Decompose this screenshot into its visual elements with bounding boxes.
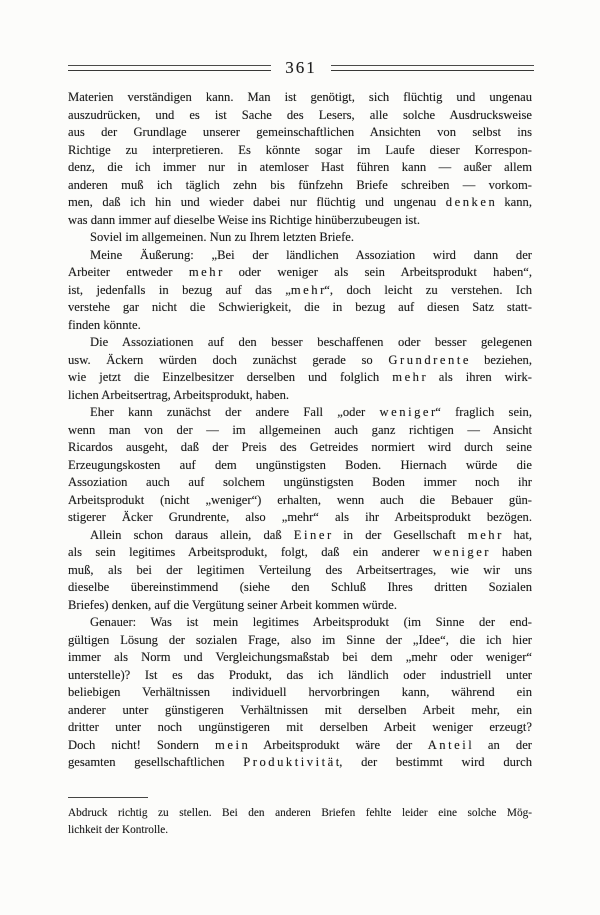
text-line: Die Assoziationen auf den besser beschaf… [68, 334, 532, 352]
text-line: Allein schon daraus allein, daß E i n e … [68, 527, 532, 545]
text-line: auszudrücken, und es ist Sache des Leser… [68, 107, 532, 125]
text-line: Meine Äußerung: „Bei der ländlichen Asso… [68, 247, 532, 265]
text-line: gesamten gesellschaftlichen P r o d u k … [68, 754, 532, 772]
text-line: Genauer: Was ist mein legitimes Arbeitsp… [68, 614, 532, 632]
text-line: als sein legitimes Arbeitsprodukt, folgt… [68, 544, 532, 562]
text-line: stigerer Äcker Grundrente, also „mehr“ a… [68, 509, 532, 527]
paragraph: Materien verständigen kann. Man ist genö… [68, 89, 532, 229]
footnote-separator [68, 797, 148, 798]
text-line: ist, jedenfalls in bezug auf das „m e h … [68, 282, 532, 300]
text-line: finden könnte. [68, 317, 532, 335]
paragraph: Meine Äußerung: „Bei der ländlichen Asso… [68, 247, 532, 335]
text-line: unterstelle)? Ist es das Produkt, das ic… [68, 667, 532, 685]
text-line: Assoziation auch auf solchem ungünstigst… [68, 474, 532, 492]
book-page: 361 Materien verständigen kann. Man ist … [0, 0, 600, 915]
text-line: Richtige zu interpretieren. Es könnte so… [68, 142, 532, 160]
text-line: Doch nicht! Sondern m e i n Arbeitsprodu… [68, 737, 532, 755]
text-line: Abdruck richtig zu stellen. Bei den ande… [68, 805, 532, 822]
text-line: dritter unter noch ungünstigeren mit der… [68, 719, 532, 737]
text-line: muß, als bei der legitimen Verteilung de… [68, 562, 532, 580]
text-line: Arbeitsprodukt (nicht „weniger“) erhalte… [68, 492, 532, 510]
text-line: gültigen Lösung der sozialen Frage, also… [68, 632, 532, 650]
text-line: denz, die ich immer nur in atemloser Has… [68, 159, 532, 177]
text-line: Ricardos ausgeht, daß der Preis des Getr… [68, 439, 532, 457]
text-line: lichkeit der Kontrolle. [68, 822, 532, 839]
text-line: immer als Norm und Vergleichungsmaßstab … [68, 649, 532, 667]
text-line: Arbeiter entweder m e h r oder weniger a… [68, 264, 532, 282]
text-line: Briefes) denken, auf die Vergütung seine… [68, 597, 532, 615]
text-line: Materien verständigen kann. Man ist genö… [68, 89, 532, 107]
paragraph: Soviel im allgemeinen. Nun zu Ihrem letz… [68, 229, 532, 247]
text-line: was dann immer auf dieselbe Weise ins Ri… [68, 212, 532, 230]
running-head: 361 [68, 57, 534, 79]
paragraph: Allein schon daraus allein, daß E i n e … [68, 527, 532, 615]
text-line: verstehe gar nicht die Schwierigkeit, di… [68, 299, 532, 317]
text-line: beliebigen Verhältnissen individuell her… [68, 684, 532, 702]
text-block: Materien verständigen kann. Man ist genö… [68, 89, 532, 772]
paragraph: Genauer: Was ist mein legitimes Arbeitsp… [68, 614, 532, 772]
text-line: anderer unter günstigeren Verhältnissen … [68, 702, 532, 720]
text-line: men, daß ich hin und wieder dabei nur fl… [68, 194, 532, 212]
text-line: Eher kann zunächst der andere Fall „oder… [68, 404, 532, 422]
text-line: wie jetzt die Einzelbesitzer derselben u… [68, 369, 532, 387]
header-rule-left [68, 65, 271, 71]
footnote: Abdruck richtig zu stellen. Bei den ande… [68, 805, 532, 839]
header-rule-right [331, 65, 534, 71]
page-number: 361 [271, 58, 331, 78]
paragraph: Die Assoziationen auf den besser beschaf… [68, 334, 532, 404]
text-line: Soviel im allgemeinen. Nun zu Ihrem letz… [68, 229, 532, 247]
text-line: dieselbe übereinstimmend (siehe den Schl… [68, 579, 532, 597]
text-line: lichen Arbeitsertrag, Arbeitsprodukt, ha… [68, 387, 532, 405]
text-line: Erzeugungskosten auf dem ungünstigsten B… [68, 457, 532, 475]
text-line: aus der Grundlage unserer gemeinschaftli… [68, 124, 532, 142]
text-line: wenn man von der — im allgemeinen auch g… [68, 422, 532, 440]
paragraph: Eher kann zunächst der andere Fall „oder… [68, 404, 532, 527]
text-line: anderen muß ich täglich zehn bis fünfzeh… [68, 177, 532, 195]
text-line: usw. Äckern würden doch zunächst gerade … [68, 352, 532, 370]
